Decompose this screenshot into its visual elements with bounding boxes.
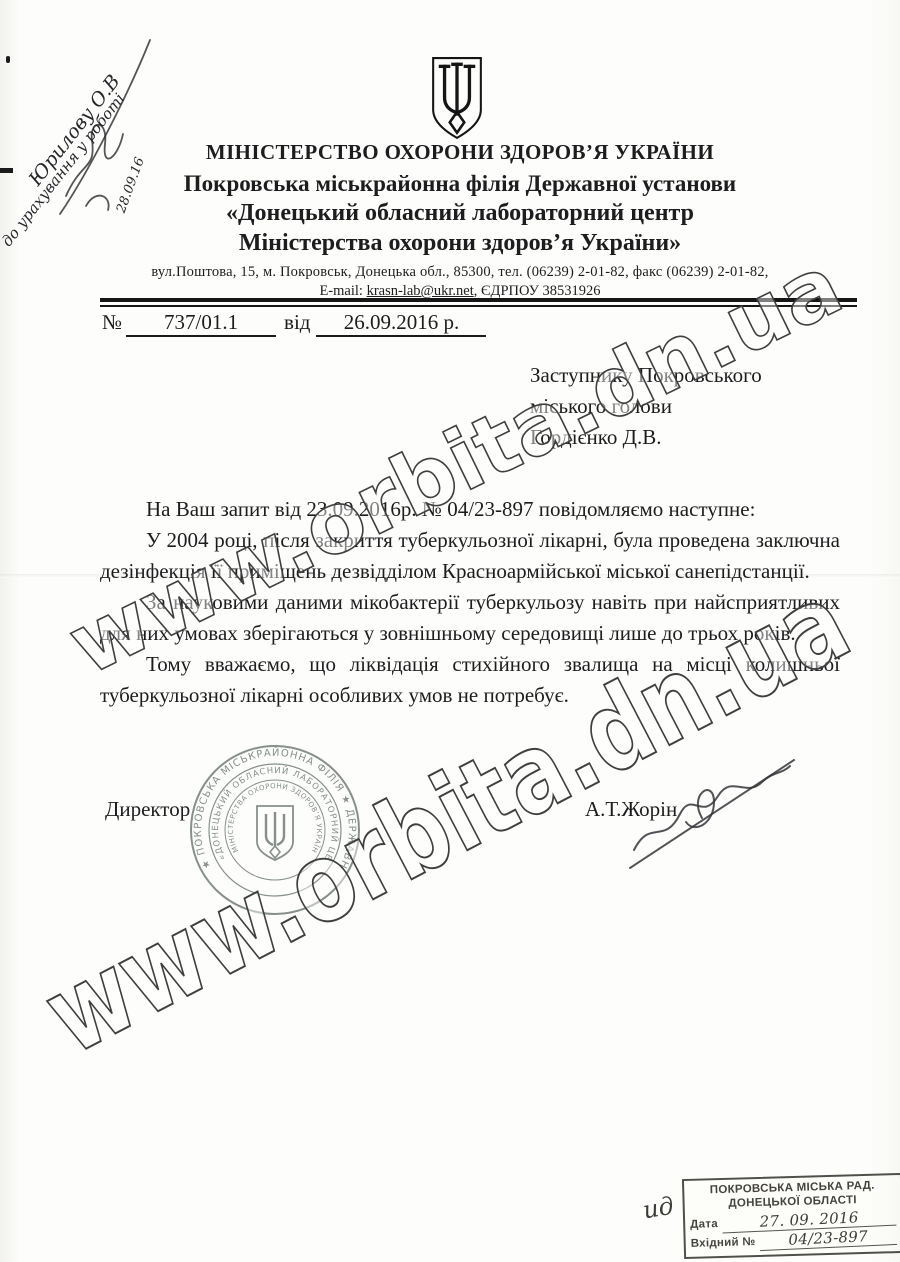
email-address: krasn-lab@ukr.net: [367, 283, 474, 299]
recipient-line: Заступнику Покровського: [530, 360, 762, 391]
paragraph: За науковими даними мікобактерії туберку…: [100, 587, 840, 649]
scan-artifact-dash: [0, 168, 13, 173]
reference-line: №737/01.1від26.09.2016 р.: [102, 310, 486, 337]
scanned-letter-page: МІНІСТЕРСТВО ОХОРОНИ ЗДОРОВ’Я УКРАЇНИ По…: [0, 0, 900, 1262]
body-text: На Ваш запит від 23.09.2016р. № 04/23-89…: [100, 494, 840, 711]
branch-name: Покровська міськрайонна філія Державної …: [60, 171, 860, 197]
recipient-line: міського голови: [530, 391, 762, 422]
recipient-line: Гордієнко Д.В.: [530, 422, 762, 453]
received-date-label: Дата: [690, 1217, 722, 1232]
ukraine-trident-emblem: [429, 56, 485, 141]
address-line: вул.Поштова, 15, м. Покровськ, Донецька …: [60, 264, 860, 281]
received-number-label: Вхідний №: [691, 1235, 760, 1251]
edrpou: , ЄДРПОУ 38531926: [474, 283, 601, 299]
recipient-block: Заступнику Покровського міського голови …: [530, 360, 762, 453]
paragraph: На Ваш запит від 23.09.2016р. № 04/23-89…: [100, 494, 840, 525]
org-name-line1: «Донецький обласний лабораторний центр: [60, 200, 860, 227]
paragraph: Тому вважаємо, що ліквідація стихійного …: [100, 649, 840, 711]
org-name-line2: Міністерства охорони здоров’я України»: [60, 230, 860, 257]
stamp-trident-icon: [257, 806, 293, 860]
ref-date-label: від: [284, 310, 310, 334]
ministry-name: МІНІСТЕРСТВО ОХОРОНИ ЗДОРОВ’Я УКРАЇНИ: [60, 140, 860, 165]
letterhead: МІНІСТЕРСТВО ОХОРОНИ ЗДОРОВ’Я УКРАЇНИ По…: [60, 140, 860, 300]
ref-number-label: №: [102, 310, 122, 334]
ref-date: 26.09.2016 р.: [316, 310, 486, 337]
scan-artifact-dot: [6, 56, 10, 63]
ref-number: 737/01.1: [126, 310, 276, 337]
signature-name: А.Т.Жорін: [585, 797, 677, 822]
paragraph: У 2004 році, після закриття туберкульозн…: [100, 525, 840, 587]
received-side-mark: ид: [641, 1192, 676, 1225]
received-stamp: ПОКРОВСЬКА МІСЬКА РАД. ДОНЕЦЬКОЇ ОБЛАСТІ…: [682, 1173, 900, 1259]
signature-title: Директор: [105, 797, 190, 822]
separator-rule: [100, 298, 857, 307]
received-number-value: 04/23-897: [759, 1227, 897, 1251]
email-label: E-mail:: [319, 283, 363, 299]
round-stamp: ★ ПОКРОВСЬКА МІСЬКРАЙОННА ФІЛІЯ ★ ДЕРЖАВ…: [187, 742, 363, 918]
